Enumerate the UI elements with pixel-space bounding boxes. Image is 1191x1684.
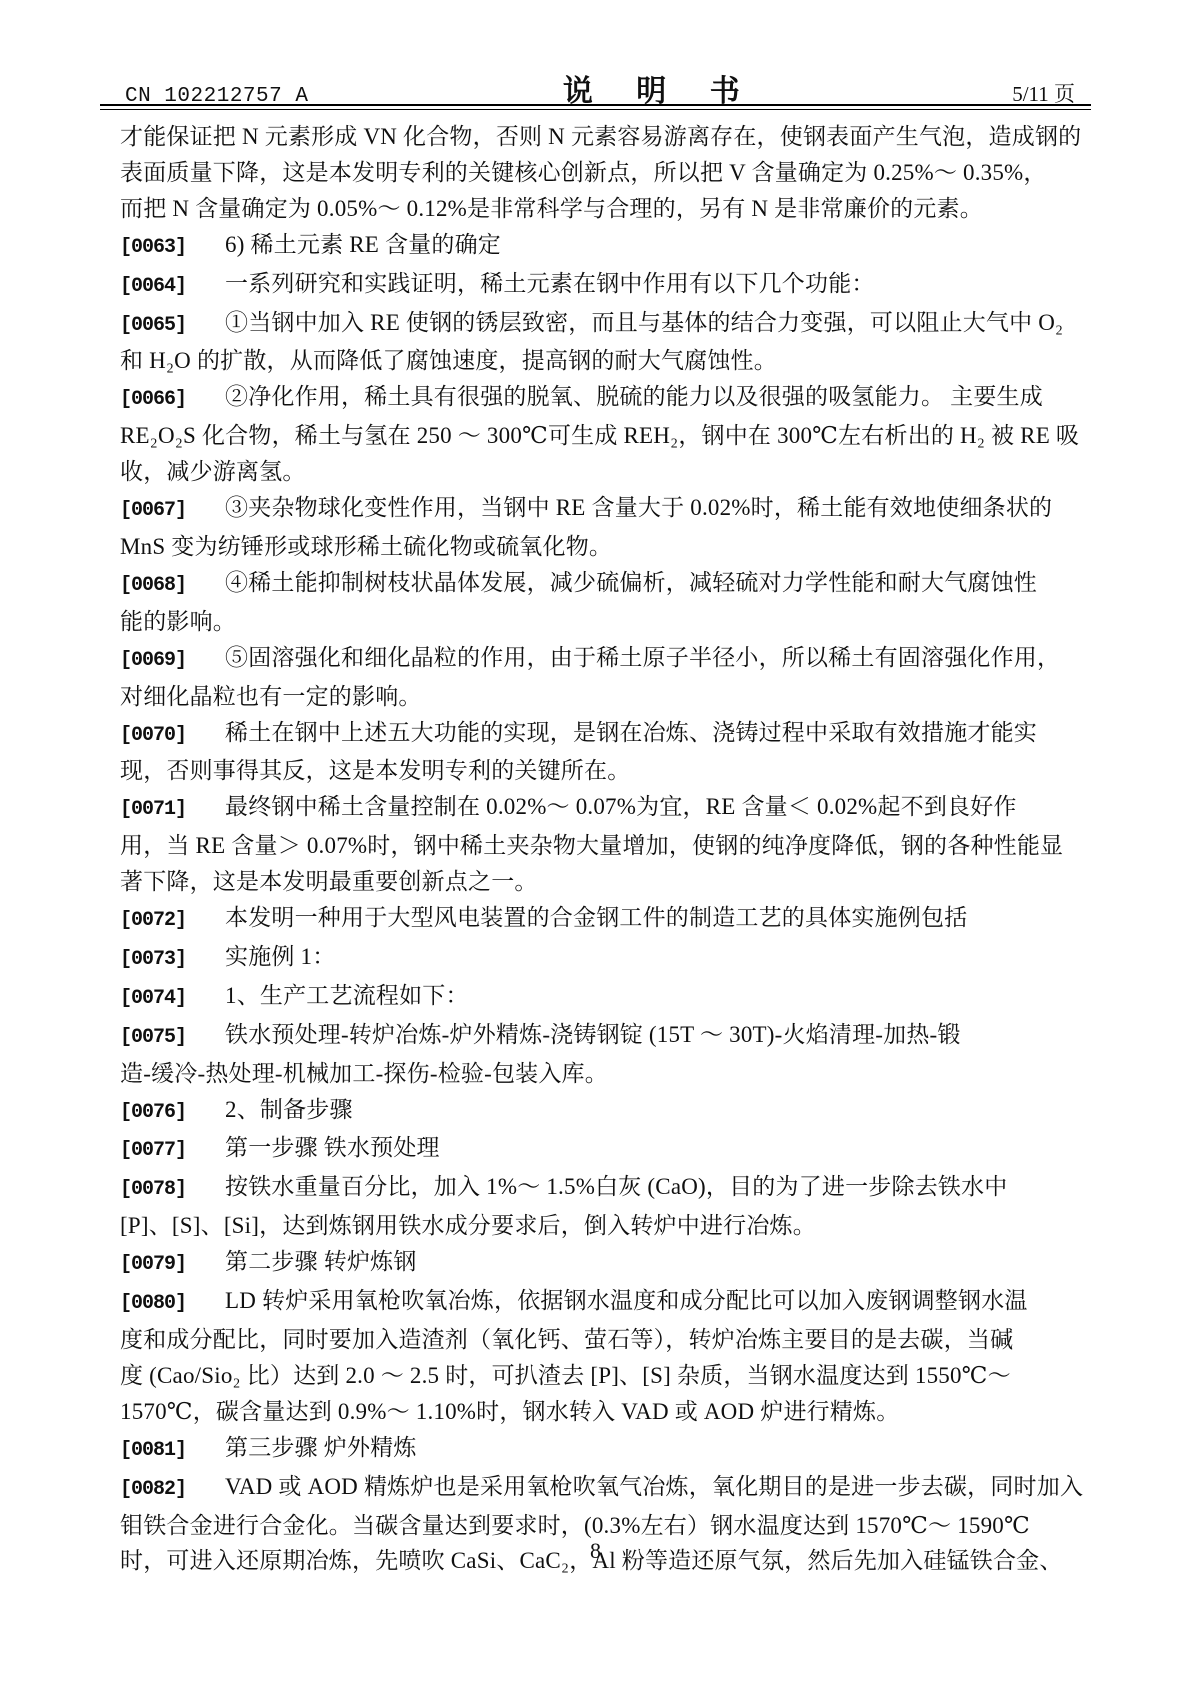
paragraph-text: 一系列研究和实践证明，稀土元素在钢中作用有以下几个功能：: [225, 271, 875, 296]
paragraph-text: ③夹杂物球化变性作用，当钢中 RE 含量大于 0.02%时，稀土能有效地使细条状…: [225, 495, 1052, 520]
text-line: [0071]最终钢中稀土含量控制在 0.02%～ 0.07%为宜，RE 含量＜ …: [120, 789, 1078, 828]
text-line: 表面质量下降，这是本发明专利的关键核心创新点，所以把 V 含量确定为 0.25%…: [120, 155, 1078, 191]
text-line: [0073]实施例 1：: [120, 939, 1078, 978]
paragraph-text: ①当钢中加入 RE 使钢的锈层致密，而且与基体的结合力变强，可以阻止大气中 O₂: [225, 310, 1063, 335]
paragraph-tag: [0073]: [120, 942, 225, 978]
text-line: [0082]VAD 或 AOD 精炼炉也是采用氧枪吹氧气冶炼，氧化期目的是进一步…: [120, 1469, 1078, 1508]
text-line: [0066]②净化作用，稀土具有很强的脱氧、脱硫的能力以及很强的吸氢能力。 主要…: [120, 379, 1078, 418]
paragraph-tag: [0071]: [120, 792, 225, 828]
text-line: [0075]铁水预处理-转炉冶炼-炉外精炼-浇铸钢锭 (15T ～ 30T)-火…: [120, 1017, 1078, 1056]
paragraph-tag: [0082]: [120, 1472, 225, 1508]
text-line: [0076]2、制备步骤: [120, 1092, 1078, 1131]
paragraph-text: 本发明一种用于大型风电装置的合金钢工件的制造工艺的具体实施例包括: [225, 905, 967, 930]
paragraph-text: LD 转炉采用氧枪吹氧冶炼，依据钢水温度和成分配比可以加入废钢调整钢水温: [225, 1288, 1028, 1313]
header-divider-rule: [100, 104, 1091, 110]
paragraph-text: 第二步骤 转炉炼钢: [225, 1249, 417, 1274]
paragraph-text: 6) 稀土元素 RE 含量的确定: [225, 232, 501, 257]
paragraph-text: VAD 或 AOD 精炼炉也是采用氧枪吹氧气冶炼，氧化期目的是进一步去碳，同时加…: [225, 1474, 1083, 1499]
paragraph-tag: [0064]: [120, 269, 225, 305]
text-line: [0068]④稀土能抑制树枝状晶体发展，减少硫偏析，减轻硫对力学性能和耐大气腐蚀…: [120, 565, 1078, 604]
text-line: 造-缓冷-热处理-机械加工-探伤-检验-包装入库。: [120, 1056, 1078, 1092]
text-line: 用，当 RE 含量＞ 0.07%时，钢中稀土夹杂物大量增加，使钢的纯净度降低，钢…: [120, 828, 1078, 864]
text-line: 1570℃，碳含量达到 0.9%～ 1.10%时，钢水转入 VAD 或 AOD …: [120, 1394, 1078, 1430]
text-line: 著下降，这是本发明最重要创新点之一。: [120, 864, 1078, 900]
text-line: [0078]按铁水重量百分比，加入 1%～ 1.5%白灰 (CaO)，目的为了进…: [120, 1169, 1078, 1208]
text-line: 和 H₂O 的扩散，从而降低了腐蚀速度，提高钢的耐大气腐蚀性。: [120, 343, 1078, 379]
text-line: [0063]6) 稀土元素 RE 含量的确定: [120, 227, 1078, 266]
paragraph-text: 1、生产工艺流程如下：: [225, 983, 469, 1008]
text-line: [0069]⑤固溶强化和细化晶粒的作用，由于稀土原子半径小，所以稀土有固溶强化作…: [120, 640, 1078, 679]
paragraph-tag: [0074]: [120, 981, 225, 1017]
paragraph-text: 2、制备步骤: [225, 1097, 353, 1122]
text-line: [0070]稀土在钢中上述五大功能的实现，是钢在冶炼、浇铸过程中采取有效措施才能…: [120, 715, 1078, 754]
text-line: MnS 变为纺锤形或球形稀土硫化物或硫氧化物。: [120, 529, 1078, 565]
content-lines: 才能保证把 N 元素形成 VN 化合物，否则 N 元素容易游离存在，使钢表面产生…: [120, 119, 1078, 1579]
text-line: [0080]LD 转炉采用氧枪吹氧冶炼，依据钢水温度和成分配比可以加入废钢调整钢…: [120, 1283, 1078, 1322]
text-line: [0081]第三步骤 炉外精炼: [120, 1430, 1078, 1469]
page-footer: 8: [0, 1538, 1191, 1564]
text-line: 度和成分配比，同时要加入造渣剂（氧化钙、萤石等），转炉冶炼主要目的是去碳，当碱: [120, 1322, 1078, 1358]
text-line: 能的影响。: [120, 604, 1078, 640]
paragraph-tag: [0081]: [120, 1433, 225, 1469]
text-line: [P]、[S]、[Si]，达到炼钢用铁水成分要求后，倒入转炉中进行冶炼。: [120, 1208, 1078, 1244]
paragraph-text: ②净化作用，稀土具有很强的脱氧、脱硫的能力以及很强的吸氢能力。 主要生成: [225, 384, 1043, 409]
paragraph-text: 第三步骤 炉外精炼: [225, 1435, 417, 1460]
paragraph-text: 稀土在钢中上述五大功能的实现，是钢在冶炼、浇铸过程中采取有效措施才能实: [225, 720, 1037, 745]
text-line: [0067]③夹杂物球化变性作用，当钢中 RE 含量大于 0.02%时，稀土能有…: [120, 490, 1078, 529]
text-line: [0072]本发明一种用于大型风电装置的合金钢工件的制造工艺的具体实施例包括: [120, 900, 1078, 939]
text-line: [0064]一系列研究和实践证明，稀土元素在钢中作用有以下几个功能：: [120, 266, 1078, 305]
paragraph-tag: [0063]: [120, 230, 225, 266]
paragraph-text: 按铁水重量百分比，加入 1%～ 1.5%白灰 (CaO)，目的为了进一步除去铁水…: [225, 1174, 1008, 1199]
paragraph-tag: [0066]: [120, 382, 225, 418]
paragraph-tag: [0078]: [120, 1172, 225, 1208]
text-line: 而把 N 含量确定为 0.05%～ 0.12%是非常科学与合理的，另有 N 是非…: [120, 191, 1078, 227]
patent-page: CN 102212757 A 说 明 书 5/11 页 才能保证把 N 元素形成…: [0, 0, 1191, 1684]
text-line: 收，减少游离氢。: [120, 454, 1078, 490]
paragraph-text: ⑤固溶强化和细化晶粒的作用，由于稀土原子半径小，所以稀土有固溶强化作用，: [225, 645, 1060, 670]
text-line: 度 (Cao/Sio₂ 比）达到 2.0 ～ 2.5 时，可扒渣去 [P]、[S…: [120, 1358, 1078, 1394]
text-line: RE₂O₂S 化合物，稀土与氢在 250 ～ 300℃可生成 REH₂，钢中在 …: [120, 418, 1078, 454]
text-line: 对细化晶粒也有一定的影响。: [120, 679, 1078, 715]
paragraph-tag: [0069]: [120, 643, 225, 679]
paragraph-tag: [0076]: [120, 1095, 225, 1131]
paragraph-text: 最终钢中稀土含量控制在 0.02%～ 0.07%为宜，RE 含量＜ 0.02%起…: [225, 794, 1017, 819]
paragraph-text: 铁水预处理-转炉冶炼-炉外精炼-浇铸钢锭 (15T ～ 30T)-火焰清理-加热…: [225, 1022, 961, 1047]
paragraph-text: ④稀土能抑制树枝状晶体发展，减少硫偏析，减轻硫对力学性能和耐大气腐蚀性: [225, 570, 1037, 595]
paragraph-text: 第一步骤 铁水预处理: [225, 1135, 440, 1160]
text-line: 现，否则事得其反，这是本发明专利的关键所在。: [120, 753, 1078, 789]
text-line: [0074]1、生产工艺流程如下：: [120, 978, 1078, 1017]
paragraph-tag: [0077]: [120, 1133, 225, 1169]
paragraph-tag: [0070]: [120, 718, 225, 754]
paragraph-tag: [0072]: [120, 903, 225, 939]
paragraph-tag: [0080]: [120, 1286, 225, 1322]
text-line: 才能保证把 N 元素形成 VN 化合物，否则 N 元素容易游离存在，使钢表面产生…: [120, 119, 1078, 155]
paragraph-tag: [0068]: [120, 568, 225, 604]
paragraph-tag: [0075]: [120, 1020, 225, 1056]
paragraph-tag: [0079]: [120, 1247, 225, 1283]
text-line: [0065]①当钢中加入 RE 使钢的锈层致密，而且与基体的结合力变强，可以阻止…: [120, 305, 1078, 344]
paragraph-text: 实施例 1：: [225, 944, 335, 969]
paragraph-tag: [0065]: [120, 308, 225, 344]
paragraph-tag: [0067]: [120, 493, 225, 529]
text-line: [0077]第一步骤 铁水预处理: [120, 1130, 1078, 1169]
page-number: 8: [590, 1538, 601, 1563]
text-line: [0079]第二步骤 转炉炼钢: [120, 1244, 1078, 1283]
